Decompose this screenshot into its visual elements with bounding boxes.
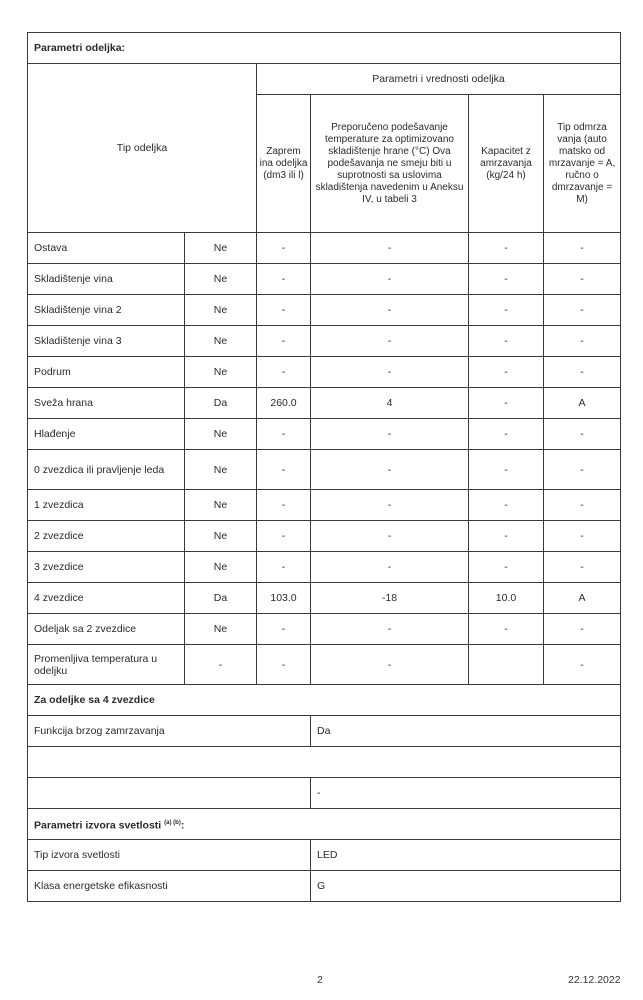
cell-volume: -: [257, 326, 311, 357]
cell-present: -: [185, 645, 257, 685]
cell-volume: -: [257, 233, 311, 264]
four-star-section-title: Za odeljke sa 4 zvezdice: [28, 685, 621, 716]
cell-capacity: -: [469, 264, 544, 295]
cell-defrost: -: [544, 264, 621, 295]
footnote-refs: (a) (b): [164, 820, 181, 826]
cell-volume: -: [257, 614, 311, 645]
cell-temperature: -: [311, 233, 469, 264]
cell-temperature: -: [311, 264, 469, 295]
light-type-value: LED: [311, 840, 621, 871]
table-row: 3 zvezdiceNe----: [28, 552, 621, 583]
cell-defrost: -: [544, 357, 621, 388]
energy-class-label: Klasa energetske efikasnosti: [28, 871, 311, 902]
table-row: Skladištenje vinaNe----: [28, 264, 621, 295]
cell-volume: 260.0: [257, 388, 311, 419]
cell-capacity: -: [469, 388, 544, 419]
light-section-title-text: Parametri izvora svetlosti: [34, 819, 161, 831]
unnamed-label: [28, 778, 311, 809]
cell-name: 0 zvezdica ili pravljenje leda: [28, 450, 185, 490]
cell-volume: -: [257, 552, 311, 583]
compartment-parameters-table: Parametri odeljka: Tip odeljka Parametri…: [27, 32, 621, 902]
table-row: PodrumNe----: [28, 357, 621, 388]
light-section-title: Parametri izvora svetlosti (a) (b):: [28, 809, 621, 840]
empty-row: [28, 747, 621, 778]
cell-temperature: -: [311, 552, 469, 583]
header-volume: Zaprem ina odeljka (dm3 ili l): [257, 95, 311, 233]
cell-capacity: -: [469, 326, 544, 357]
table-row: HlađenjeNe----: [28, 419, 621, 450]
cell-temperature: -: [311, 419, 469, 450]
fast-freeze-value: Da: [311, 716, 621, 747]
cell-present: Ne: [185, 233, 257, 264]
header-temperature: Preporučeno podešavanje temperature za o…: [311, 95, 469, 233]
cell-defrost: A: [544, 583, 621, 614]
cell-capacity: -: [469, 419, 544, 450]
cell-present: Ne: [185, 419, 257, 450]
page-number: 2: [317, 974, 323, 986]
header-defrost: Tip odmrza vanja (auto matsko od mrzavan…: [544, 95, 621, 233]
cell-present: Ne: [185, 614, 257, 645]
cell-defrost: -: [544, 614, 621, 645]
cell-temperature: -: [311, 490, 469, 521]
cell-temperature: -: [311, 450, 469, 490]
cell-present: Ne: [185, 295, 257, 326]
cell-present: Ne: [185, 490, 257, 521]
cell-name: 3 zvezdice: [28, 552, 185, 583]
cell-name: Ostava: [28, 233, 185, 264]
cell-defrost: A: [544, 388, 621, 419]
cell-capacity: -: [469, 295, 544, 326]
cell-temperature: -: [311, 295, 469, 326]
header-type: Tip odeljka: [28, 64, 257, 233]
fast-freeze-label: Funkcija brzog zamrzavanja: [28, 716, 311, 747]
cell-name: Odeljak sa 2 zvezdice: [28, 614, 185, 645]
cell-capacity: -: [469, 490, 544, 521]
table-row: Skladištenje vina 2Ne----: [28, 295, 621, 326]
cell-volume: -: [257, 450, 311, 490]
cell-volume: -: [257, 645, 311, 685]
cell-defrost: -: [544, 490, 621, 521]
cell-capacity: -: [469, 614, 544, 645]
cell-present: Ne: [185, 326, 257, 357]
cell-defrost: -: [544, 552, 621, 583]
cell-present: Da: [185, 583, 257, 614]
cell-name: 1 zvezdica: [28, 490, 185, 521]
cell-present: Ne: [185, 552, 257, 583]
cell-capacity: -: [469, 521, 544, 552]
cell-name: Skladištenje vina 2: [28, 295, 185, 326]
energy-class-value: G: [311, 871, 621, 902]
cell-defrost: -: [544, 326, 621, 357]
cell-defrost: -: [544, 645, 621, 685]
cell-name: Hlađenje: [28, 419, 185, 450]
cell-defrost: -: [544, 419, 621, 450]
cell-temperature: -: [311, 357, 469, 388]
cell-temperature: -18: [311, 583, 469, 614]
group-header: Parametri i vrednosti odeljka: [257, 64, 621, 95]
cell-volume: -: [257, 419, 311, 450]
table-row: 4 zvezdiceDa103.0-1810.0A: [28, 583, 621, 614]
cell-volume: -: [257, 357, 311, 388]
cell-name: Skladištenje vina: [28, 264, 185, 295]
cell-defrost: -: [544, 233, 621, 264]
title-suffix: :: [181, 819, 185, 831]
cell-capacity: 10.0: [469, 583, 544, 614]
cell-name: 2 zvezdice: [28, 521, 185, 552]
table-row: Sveža hranaDa260.04-A: [28, 388, 621, 419]
cell-name: Sveža hrana: [28, 388, 185, 419]
table-row: Odeljak sa 2 zvezdiceNe----: [28, 614, 621, 645]
header-capacity: Kapacitet z amrzavanja (kg/24 h): [469, 95, 544, 233]
cell-name: Skladištenje vina 3: [28, 326, 185, 357]
cell-volume: -: [257, 490, 311, 521]
cell-name: Podrum: [28, 357, 185, 388]
table-row: Skladištenje vina 3Ne----: [28, 326, 621, 357]
unnamed-value: -: [311, 778, 621, 809]
table-row: OstavaNe----: [28, 233, 621, 264]
table-row: Promenljiva temperatura u odeljku----: [28, 645, 621, 685]
cell-temperature: 4: [311, 388, 469, 419]
cell-volume: -: [257, 264, 311, 295]
cell-capacity: -: [469, 233, 544, 264]
table-row: 1 zvezdicaNe----: [28, 490, 621, 521]
cell-defrost: -: [544, 521, 621, 552]
cell-temperature: -: [311, 614, 469, 645]
cell-present: Ne: [185, 521, 257, 552]
table-title: Parametri odeljka:: [28, 33, 621, 64]
cell-volume: 103.0: [257, 583, 311, 614]
cell-defrost: -: [544, 450, 621, 490]
cell-present: Ne: [185, 264, 257, 295]
cell-capacity: -: [469, 552, 544, 583]
cell-capacity: -: [469, 357, 544, 388]
cell-defrost: -: [544, 295, 621, 326]
cell-temperature: -: [311, 521, 469, 552]
cell-volume: -: [257, 521, 311, 552]
cell-name: 4 zvezdice: [28, 583, 185, 614]
cell-capacity: -: [469, 450, 544, 490]
cell-present: Ne: [185, 450, 257, 490]
table-row: 2 zvezdiceNe----: [28, 521, 621, 552]
cell-volume: -: [257, 295, 311, 326]
light-type-label: Tip izvora svetlosti: [28, 840, 311, 871]
cell-present: Da: [185, 388, 257, 419]
cell-name: Promenljiva temperatura u odeljku: [28, 645, 185, 685]
document-date: 22.12.2022: [568, 974, 621, 986]
cell-capacity: [469, 645, 544, 685]
cell-temperature: -: [311, 645, 469, 685]
cell-temperature: -: [311, 326, 469, 357]
cell-present: Ne: [185, 357, 257, 388]
table-row: 0 zvezdica ili pravljenje ledaNe----: [28, 450, 621, 490]
